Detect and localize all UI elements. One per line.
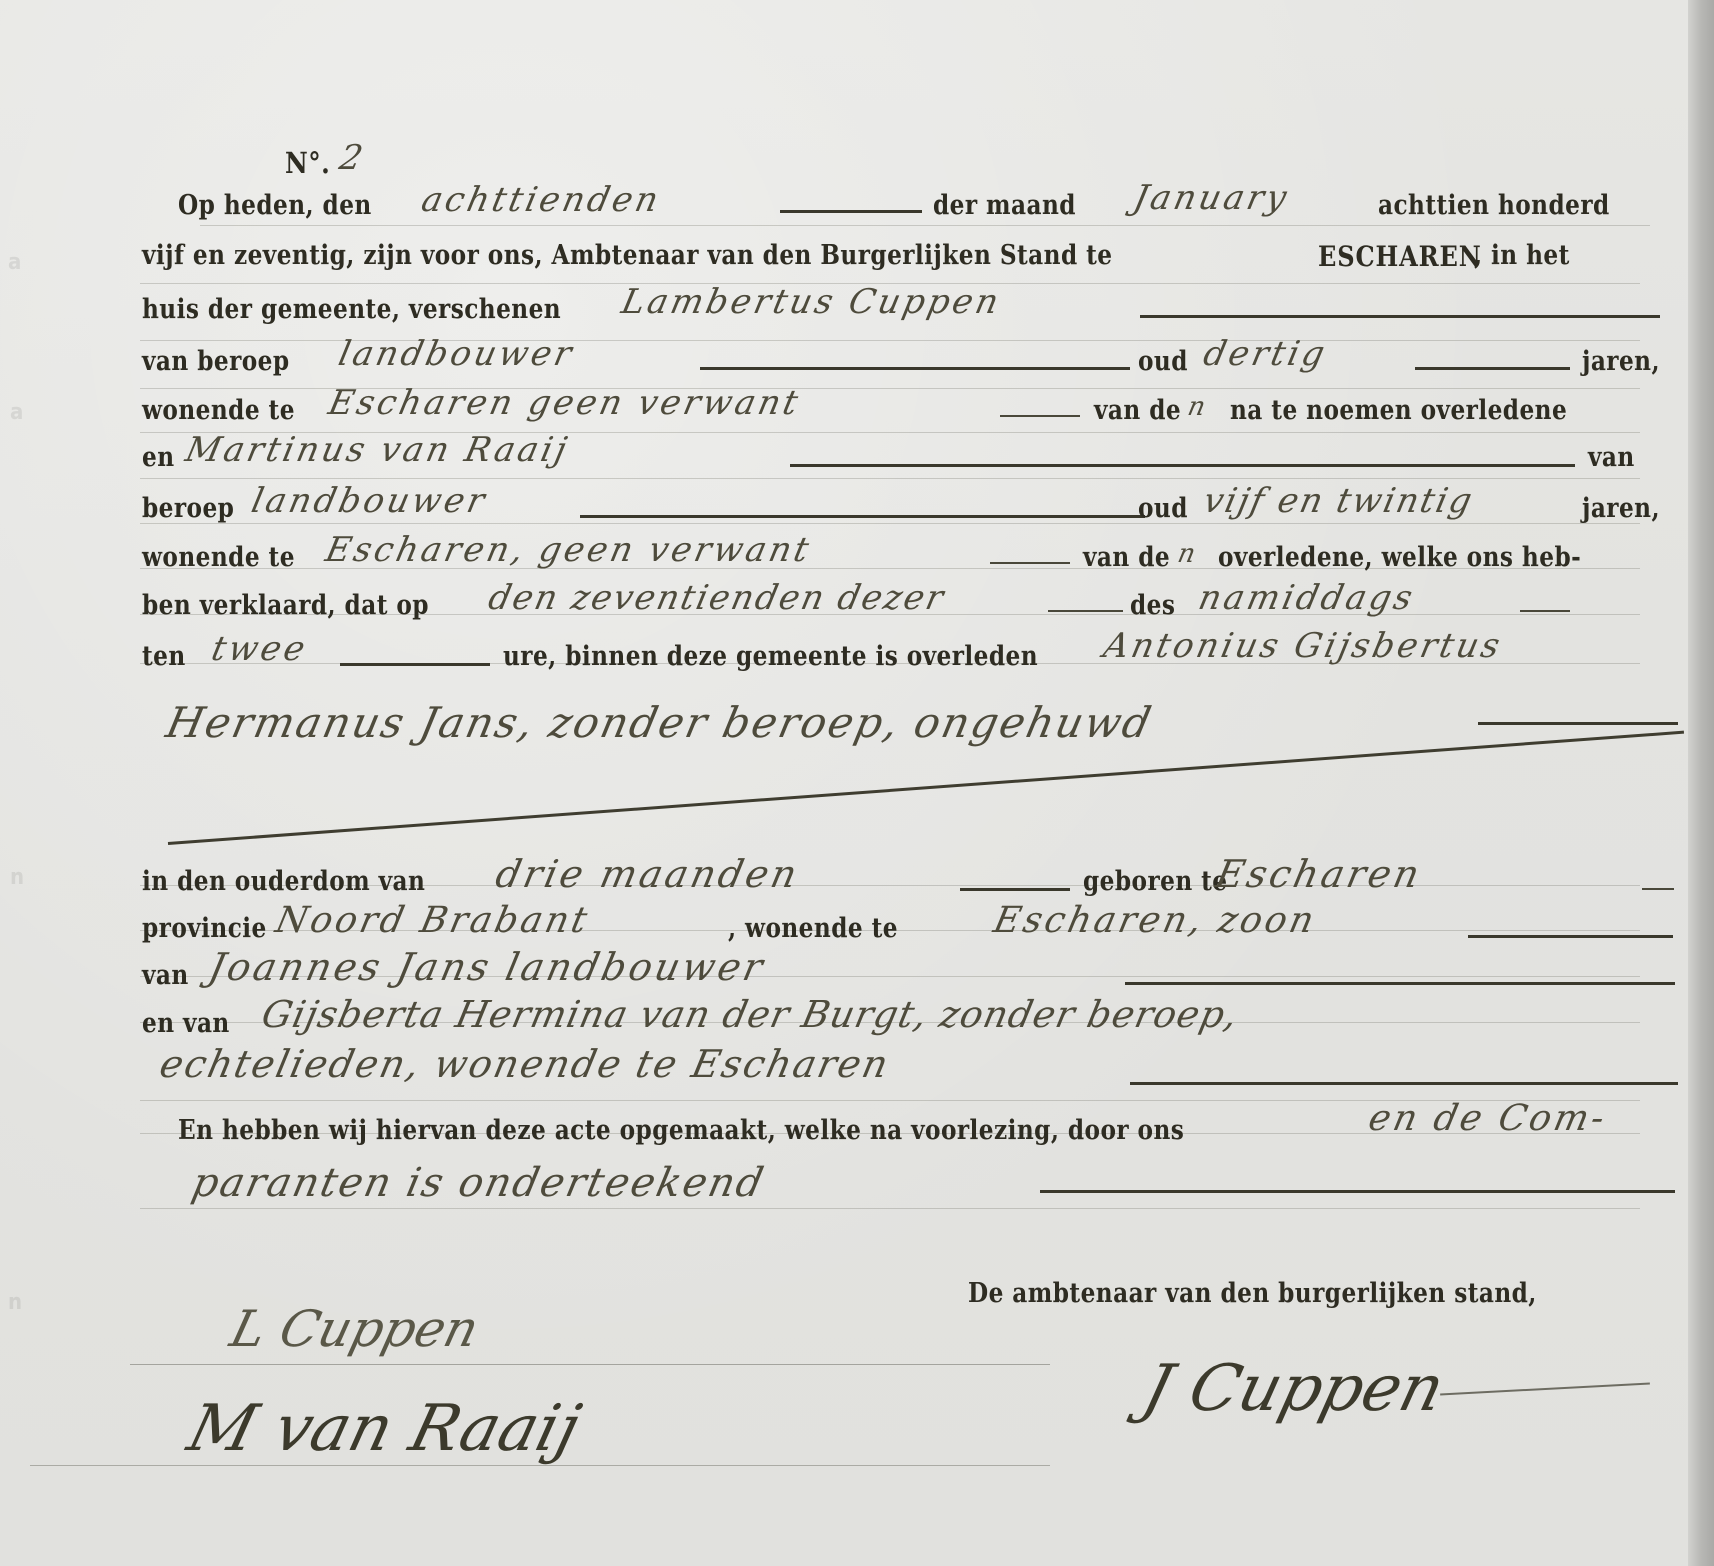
printed-text: van de xyxy=(1094,395,1181,426)
printed-text: jaren, xyxy=(1582,346,1660,377)
bleed-through-text: n xyxy=(10,865,25,890)
handwritten-suffix: n xyxy=(1185,392,1211,422)
printed-text: der maand xyxy=(933,190,1076,221)
handwritten-birthplace: Escharen xyxy=(1212,852,1426,896)
printed-text: van de xyxy=(1083,542,1170,573)
ruled-line xyxy=(140,478,1640,479)
printed-text: van xyxy=(1588,442,1635,473)
printed-text: van beroep xyxy=(142,346,290,377)
municipality-name: ESCHAREN xyxy=(1318,240,1482,273)
handwritten-age-2: vijf en twintig xyxy=(1200,481,1477,521)
signature-declarant-2: M van Raaij xyxy=(181,1392,587,1466)
printed-text: ben verklaard, dat op xyxy=(142,590,429,621)
printed-text: oud xyxy=(1138,346,1188,377)
printed-text: ten xyxy=(142,641,186,672)
page-edge xyxy=(1688,0,1714,1566)
signature-declarant-1: L Cuppen xyxy=(225,1300,485,1358)
record-number-value: 2 xyxy=(336,138,369,178)
printed-text: overledene, welke ons heb- xyxy=(1218,542,1581,573)
handwritten-deceased-name: Antonius Gijsbertus xyxy=(1100,626,1506,666)
handwritten-death-date: den zeventienden dezer xyxy=(485,578,949,618)
printed-text: na te noemen overledene xyxy=(1230,395,1567,426)
printed-text: , wonende te xyxy=(728,913,898,944)
fill-line xyxy=(1478,722,1678,725)
official-title: De ambtenaar van den burgerlijken stand, xyxy=(968,1278,1537,1309)
printed-text: En hebben wij hiervan deze acte opgemaak… xyxy=(178,1115,1184,1146)
fill-line xyxy=(780,210,922,213)
signature-official: J Cuppen xyxy=(1136,1352,1452,1426)
printed-text: provincie xyxy=(142,913,267,944)
printed-text: huis der gemeente, verschenen xyxy=(142,294,561,325)
handwritten-occupation-2: landbouwer xyxy=(248,481,491,521)
strike-line xyxy=(168,731,1684,845)
handwritten-parents-status: echtelieden, wonende te Escharen xyxy=(156,1042,894,1086)
handwritten-day: achttienden xyxy=(418,180,665,220)
fill-line xyxy=(790,464,1575,467)
printed-text: ure, binnen deze gemeente is overleden xyxy=(503,641,1038,672)
printed-text: in den ouderdom van xyxy=(142,866,425,897)
printed-text: Op heden, den xyxy=(178,190,372,221)
fill-line xyxy=(1125,982,1675,985)
signature-line xyxy=(130,1364,1050,1365)
handwritten-mother: Gijsberta Hermina van der Burgt, zonder … xyxy=(258,993,1242,1036)
document-page: a a n n N°. 2 Op heden, den achttienden … xyxy=(0,0,1690,1566)
printed-text: oud xyxy=(1138,493,1188,524)
bleed-through-text: a xyxy=(8,250,22,275)
handwritten-occupation-1: landbouwer xyxy=(335,334,578,374)
fill-line xyxy=(990,562,1070,564)
printed-text: jaren, xyxy=(1582,493,1660,524)
fill-line xyxy=(1140,315,1660,318)
fill-line xyxy=(1040,1190,1675,1193)
fill-line xyxy=(1048,610,1123,612)
fill-line xyxy=(1520,610,1570,612)
handwritten-province: Noord Brabant xyxy=(272,900,594,941)
handwritten-declarant-1: Lambertus Cuppen xyxy=(618,282,1005,322)
handwritten-hour: twee xyxy=(208,629,312,669)
fill-line xyxy=(700,367,1130,370)
ruled-line xyxy=(200,225,1650,226)
ruled-line xyxy=(140,1208,1640,1209)
handwritten-residence-2: Escharen, geen verwant xyxy=(322,530,815,570)
handwritten-residence-1: Escharen geen verwant xyxy=(325,383,804,423)
printed-text: beroep xyxy=(142,493,234,524)
signature-line xyxy=(30,1465,1050,1466)
record-number-label: N°. xyxy=(285,146,330,180)
handwritten-deceased-details: Hermanus Jans, zonder beroep, ongehuwd xyxy=(162,698,1157,747)
bleed-through-text: a xyxy=(10,400,24,425)
printed-text: wonende te xyxy=(142,395,295,426)
handwritten-time-of-day: namiddags xyxy=(1195,578,1419,618)
bleed-through-text: n xyxy=(8,1290,23,1315)
handwritten-father: Joannes Jans landbouwer xyxy=(205,945,770,989)
printed-text: vijf en zeventig, zijn voor ons, Ambtena… xyxy=(142,240,1113,271)
printed-text: des xyxy=(1130,590,1175,621)
fill-line xyxy=(1642,888,1674,890)
fill-line xyxy=(1415,367,1570,370)
handwritten-declarant-2: Martinus van Raaij xyxy=(182,430,573,470)
handwritten-age-deceased: drie maanden xyxy=(492,852,804,896)
printed-text: , in het xyxy=(1474,240,1570,271)
fill-line xyxy=(1130,1082,1678,1085)
signature-flourish xyxy=(1440,1383,1650,1396)
printed-text: achttien honderd xyxy=(1378,190,1610,221)
fill-line xyxy=(580,515,1145,518)
fill-line xyxy=(340,663,490,666)
fill-line xyxy=(960,888,1070,891)
printed-text: geboren te xyxy=(1083,866,1228,897)
handwritten-residence-deceased: Escharen, zoon xyxy=(990,900,1320,941)
printed-text: van xyxy=(142,960,189,991)
printed-text: en van xyxy=(142,1008,230,1039)
fill-line xyxy=(1000,415,1080,417)
handwritten-closing-1: en de Com- xyxy=(1365,1098,1611,1139)
handwritten-age-1: dertig xyxy=(1200,334,1331,374)
ruled-line xyxy=(140,523,1640,524)
fill-line xyxy=(1468,935,1673,938)
printed-text: wonende te xyxy=(142,542,295,573)
handwritten-closing-2: paranten is onderteekend xyxy=(188,1160,769,1206)
printed-text: en xyxy=(142,442,175,473)
handwritten-suffix: n xyxy=(1175,539,1201,569)
handwritten-month: January xyxy=(1130,178,1293,218)
